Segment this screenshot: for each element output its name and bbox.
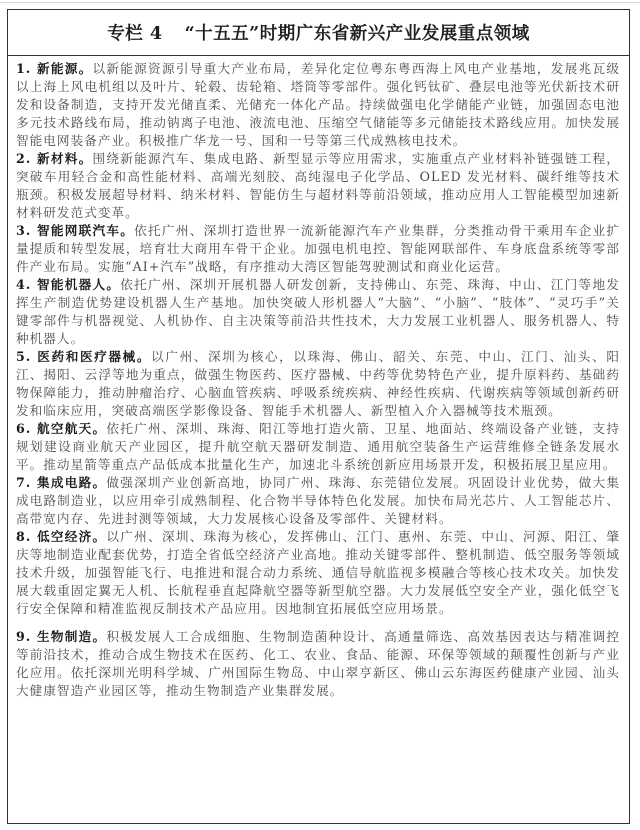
box-content: 1. 新能源。以新能源资源引导重大产业布局，差异化定位粤东粤西海上风电产业基地，… — [8, 56, 629, 700]
item-text: 积极发展人工合成细胞、生物制造菌种设计、高通量筛选、高效基因表达与精准调控等前沿… — [16, 629, 620, 698]
title-text: “十五五”时期广东省新兴产业发展重点领域 — [185, 24, 530, 44]
item-heading: 9. 生物制造。 — [16, 629, 106, 644]
item-heading: 2. 新材料。 — [16, 151, 93, 166]
item-heading: 3. 智能网联汽车。 — [16, 223, 134, 238]
item-text: 以新能源资源引导重大产业布局，差异化定位粤东粤西海上风电产业基地，发展兆瓦级以上… — [16, 61, 620, 148]
item-heading: 4. 智能机器人。 — [16, 277, 120, 292]
item-heading: 8. 低空经济。 — [16, 529, 106, 544]
item-text: 做强深圳产业创新高地，协同广州、珠海、东莞错位发展。巩固设计业优势，做大集成电路… — [16, 475, 620, 526]
item-heading: 7. 集成电路。 — [16, 475, 106, 490]
item-text: 以广州、深圳、珠海为核心，发挥佛山、江门、惠州、东莞、中山、河源、阳江、肇庆等地… — [16, 529, 620, 616]
feature-box: 专栏 4“十五五”时期广东省新兴产业发展重点领域 1. 新能源。以新能源资源引导… — [7, 9, 630, 824]
box-header: 专栏 4“十五五”时期广东省新兴产业发展重点领域 — [8, 10, 629, 56]
list-item-new-energy: 1. 新能源。以新能源资源引导重大产业布局，差异化定位粤东粤西海上风电产业基地，… — [16, 60, 620, 150]
item-heading: 6. 航空航天。 — [16, 421, 106, 436]
list-item-connected-vehicles: 3. 智能网联汽车。依托广州、深圳打造世界一流新能源汽车产业集群，分类推动骨干乘… — [16, 222, 620, 276]
box-title: 专栏 4“十五五”时期广东省新兴产业发展重点领域 — [107, 20, 529, 45]
item-text: 围绕新能源汽车、集成电路、新型显示等应用需求，实施重点产业材料补链强链工程，突破… — [16, 151, 620, 220]
list-item-aerospace: 6. 航空航天。依托广州、深圳、珠海、阳江等地打造火箭、卫星、地面站、终端设备产… — [16, 420, 620, 474]
item-heading: 1. 新能源。 — [16, 61, 93, 76]
item-text: 依托广州、深圳、珠海、阳江等地打造火箭、卫星、地面站、终端设备产业链，支持规划建… — [16, 421, 620, 472]
box-label: 专栏 4 — [107, 24, 162, 44]
list-item-robots: 4. 智能机器人。依托广州、深圳开展机器人研发创新，支持佛山、东莞、珠海、中山、… — [16, 276, 620, 348]
list-item-biomanufacturing: 9. 生物制造。积极发展人工合成细胞、生物制造菌种设计、高通量筛选、高效基因表达… — [16, 628, 620, 700]
item-heading: 5. 医药和医疗器械。 — [16, 349, 151, 364]
list-item-integrated-circuits: 7. 集成电路。做强深圳产业创新高地，协同广州、珠海、东莞错位发展。巩固设计业优… — [16, 474, 620, 528]
list-item-low-altitude: 8. 低空经济。以广州、深圳、珠海为核心，发挥佛山、江门、惠州、东莞、中山、河源… — [16, 528, 620, 618]
list-item-new-materials: 2. 新材料。围绕新能源汽车、集成电路、新型显示等应用需求，实施重点产业材料补链… — [16, 150, 620, 222]
list-item-medicine: 5. 医药和医疗器械。以广州、深圳为核心，以珠海、佛山、韶关、东莞、中山、江门、… — [16, 348, 620, 420]
page-top-rule — [0, 2, 640, 3]
